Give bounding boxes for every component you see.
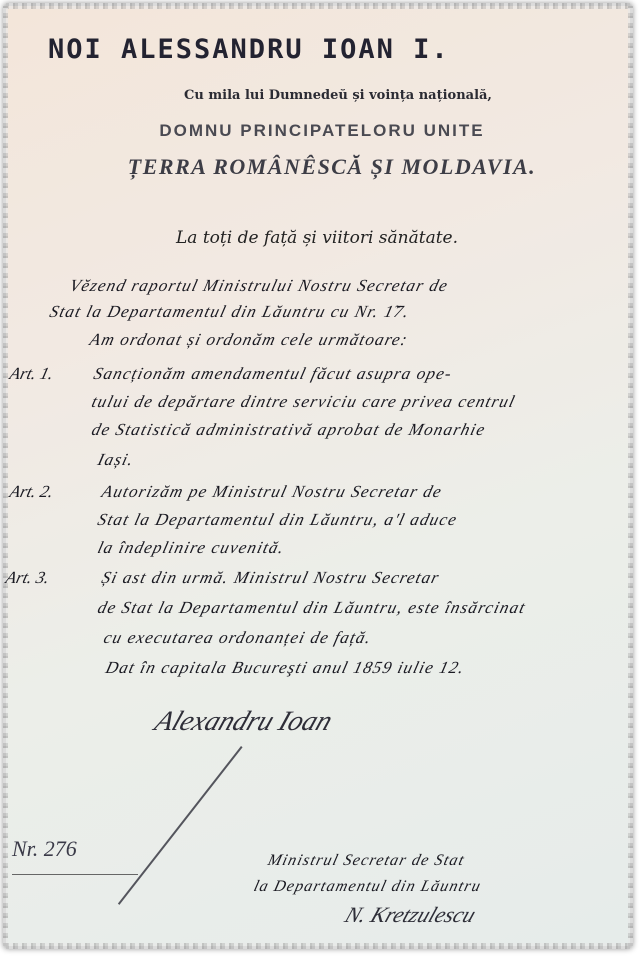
article-label: Art. 1. <box>8 364 56 384</box>
signature-flourish <box>118 746 243 905</box>
article-line: la îndeplinire cuvenită. <box>96 538 287 558</box>
minister-signature: N. Kretzulescu <box>341 902 479 928</box>
article-line: de Stat la Departamentul din Lăuntru, es… <box>96 598 529 618</box>
decree-realm: ȚERRA ROMÂNÊSCĂ ȘI MOLDAVIA. <box>6 154 639 180</box>
preamble-line: Am ordonat și ordonăm cele următoare: <box>88 330 411 350</box>
article-line: de Statistică administrativă aprobat de … <box>90 420 488 440</box>
dateline: Dat în capitala Bucureşti anul 1859 iuli… <box>104 658 467 678</box>
preamble-line: Vĕzend raportul Ministrului Nostru Secre… <box>68 276 451 296</box>
decree-subtitle: Cu mila lui Dumnedeŭ și voința națională… <box>6 88 639 103</box>
article-line: Și ast din urmă. Ministrul Nostru Secret… <box>100 568 442 588</box>
document-sheet: NOI ALESSANDRU IOAN I. Cu mila lui Dumne… <box>6 6 630 946</box>
prince-signature: Alexandru Ioan <box>150 706 337 738</box>
decree-title: NOI ALESSANDRU IOAN I. <box>48 34 450 65</box>
article-label: Art. 3. <box>4 568 52 588</box>
article-line: Iași. <box>96 450 137 470</box>
registry-underline <box>12 874 138 875</box>
article-line: cu executarea ordonanței de față. <box>102 628 374 648</box>
article-line: Autorizăm pe Ministrul Nostru Secretar d… <box>100 482 445 502</box>
salutation: La toți de față și viitori sănătate. <box>176 228 458 248</box>
torn-edge-right <box>628 6 633 946</box>
article-line: Sancționăm amendamentul făcut asupra ope… <box>92 364 455 384</box>
article-line: tului de depărtare dintre serviciu care … <box>90 392 518 412</box>
torn-edge-left <box>3 6 8 946</box>
preamble-line: Stat la Departamentul din Lăuntru cu Nr.… <box>48 302 412 322</box>
minister-title-line: la Departamentul din Lăuntru <box>252 878 483 896</box>
decree-office: DOMNU PRINCIPATELORU UNITE <box>6 121 634 141</box>
article-label: Art. 2. <box>8 482 56 502</box>
article-line: Stat la Departamentul din Lăuntru, a'l a… <box>96 510 460 530</box>
minister-title-line: Ministrul Secretar de Stat <box>266 852 467 870</box>
torn-edge-bottom <box>6 943 630 949</box>
registry-number: Nr. 276 <box>12 836 77 862</box>
torn-edge-top <box>6 3 630 9</box>
